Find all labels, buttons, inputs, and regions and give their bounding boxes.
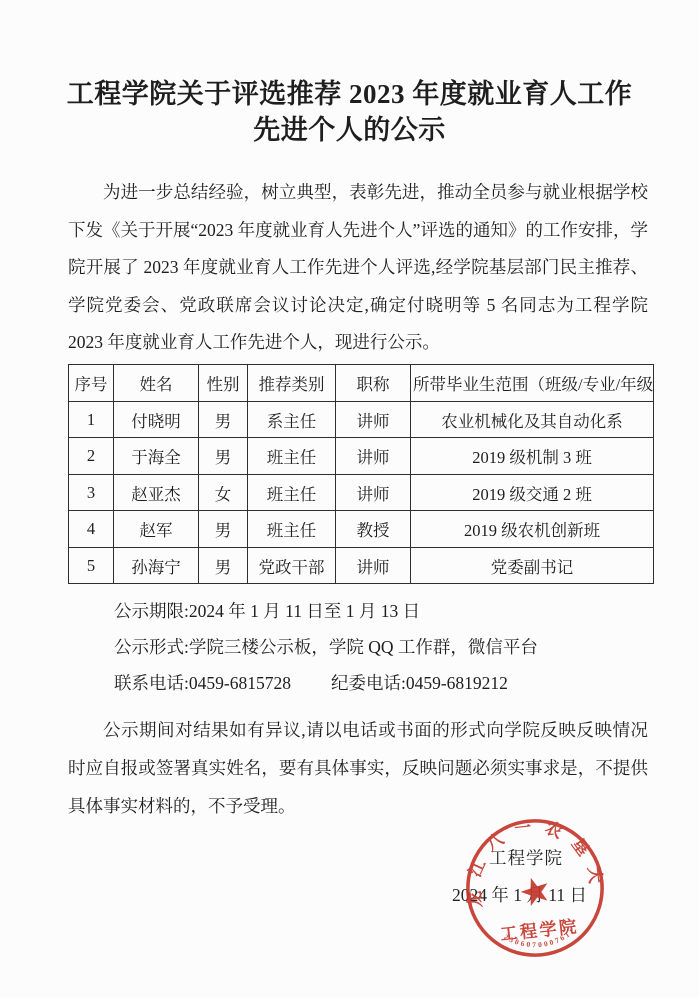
seal-ring (461, 814, 608, 961)
nominees-table: 序号姓名性别推荐类别职称所带毕业生范围（班级/专业/年级） 1付晓明男系主任讲师… (68, 364, 654, 585)
table-cell: 2 (69, 438, 114, 475)
table-cell: 2019 级交通 2 班 (411, 474, 654, 511)
table-cell: 1 (69, 401, 114, 438)
table-cell: 讲师 (336, 401, 411, 438)
seal-star-icon (517, 873, 552, 907)
document-title: 工程学院关于评选推荐 2023 年度就业育人工作先进个人的公示 (64, 0, 636, 148)
seal-number-text: 2306070007611 (502, 925, 579, 953)
objection-paragraph: 公示期间对结果如有异议,请以电话或书面的形式向学院反映反映情况时应自报或签署真实… (68, 712, 648, 825)
table-row: 2于海全男班主任讲师2019 级机制 3 班 (69, 438, 654, 475)
table-cell: 男 (199, 401, 248, 438)
table-cell: 孙海宁 (114, 547, 199, 584)
table-cell: 赵亚杰 (114, 474, 199, 511)
table-cell: 班主任 (248, 511, 336, 548)
table-cell: 班主任 (248, 438, 336, 475)
table-cell: 讲师 (336, 547, 411, 584)
table-header-cell: 序号 (69, 364, 114, 401)
table-row: 3赵亚杰女班主任讲师2019 级交通 2 班 (69, 474, 654, 511)
table-cell: 男 (199, 547, 248, 584)
table-cell: 女 (199, 474, 248, 511)
table-cell: 农业机械化及其自动化系 (411, 401, 654, 438)
discipline-phone: 纪委电话:0459-6819212 (331, 673, 508, 693)
table-row: 5孙海宁男党政干部讲师党委副书记 (69, 547, 654, 584)
table-cell: 男 (199, 511, 248, 548)
table-cell: 2019 级机制 3 班 (411, 438, 654, 475)
table-cell: 男 (199, 438, 248, 475)
official-seal: 黑龙江八一农垦大学 工程学院 2306070007611 (454, 807, 617, 970)
table-cell: 付晓明 (114, 401, 199, 438)
table-header-cell: 推荐类别 (248, 364, 336, 401)
nominees-table-body: 1付晓明男系主任讲师农业机械化及其自动化系2于海全男班主任讲师2019 级机制 … (69, 401, 654, 584)
publicity-format: 公示形式:学院三楼公示板，学院 QQ 工作群，微信平台 (68, 629, 648, 665)
table-header-cell: 所带毕业生范围（班级/专业/年级） (411, 364, 654, 401)
info-block: 公示期限:2024 年 1 月 11 日至 1 月 13 日 公示形式:学院三楼… (68, 593, 648, 701)
signature-date: 2024 年 1 月 11 日 (452, 882, 587, 907)
seal-college-text: 工程学院 (499, 916, 580, 944)
table-cell: 5 (69, 547, 114, 584)
intro-paragraph: 为进一步总结经验，树立典型，表彰先进，推动全员参与就业根据学校下发《关于开展“2… (68, 174, 648, 362)
table-row: 1付晓明男系主任讲师农业机械化及其自动化系 (69, 401, 654, 438)
table-cell: 讲师 (336, 474, 411, 511)
table-cell: 党政干部 (248, 547, 336, 584)
table-cell: 4 (69, 511, 114, 548)
table-cell: 2019 级农机创新班 (411, 511, 654, 548)
table-cell: 赵军 (114, 511, 199, 548)
table-row: 4赵军男班主任教授2019 级农机创新班 (69, 511, 654, 548)
table-header-cell: 职称 (336, 364, 411, 401)
table-cell: 教授 (336, 511, 411, 548)
table-cell: 党委副书记 (411, 547, 654, 584)
table-header-cell: 性别 (199, 364, 248, 401)
document-body: 为进一步总结经验，树立典型，表彰先进，推动全员参与就业根据学校下发《关于开展“2… (68, 174, 648, 825)
table-cell: 3 (69, 474, 114, 511)
table-header-row: 序号姓名性别推荐类别职称所带毕业生范围（班级/专业/年级） (69, 364, 654, 401)
contact-phone: 联系电话:0459-6815728 (114, 673, 291, 693)
publicity-period: 公示期限:2024 年 1 月 11 日至 1 月 13 日 (68, 593, 648, 629)
table-cell: 班主任 (248, 474, 336, 511)
table-cell: 系主任 (248, 401, 336, 438)
table-header-cell: 姓名 (114, 364, 199, 401)
document-page: 工程学院关于评选推荐 2023 年度就业育人工作先进个人的公示 为进一步总结经验… (0, 0, 699, 998)
table-cell: 讲师 (336, 438, 411, 475)
table-cell: 于海全 (114, 438, 199, 475)
contact-line: 联系电话:0459-6815728纪委电话:0459-6819212 (68, 665, 648, 701)
signature-name: 工程学院 (489, 845, 563, 870)
